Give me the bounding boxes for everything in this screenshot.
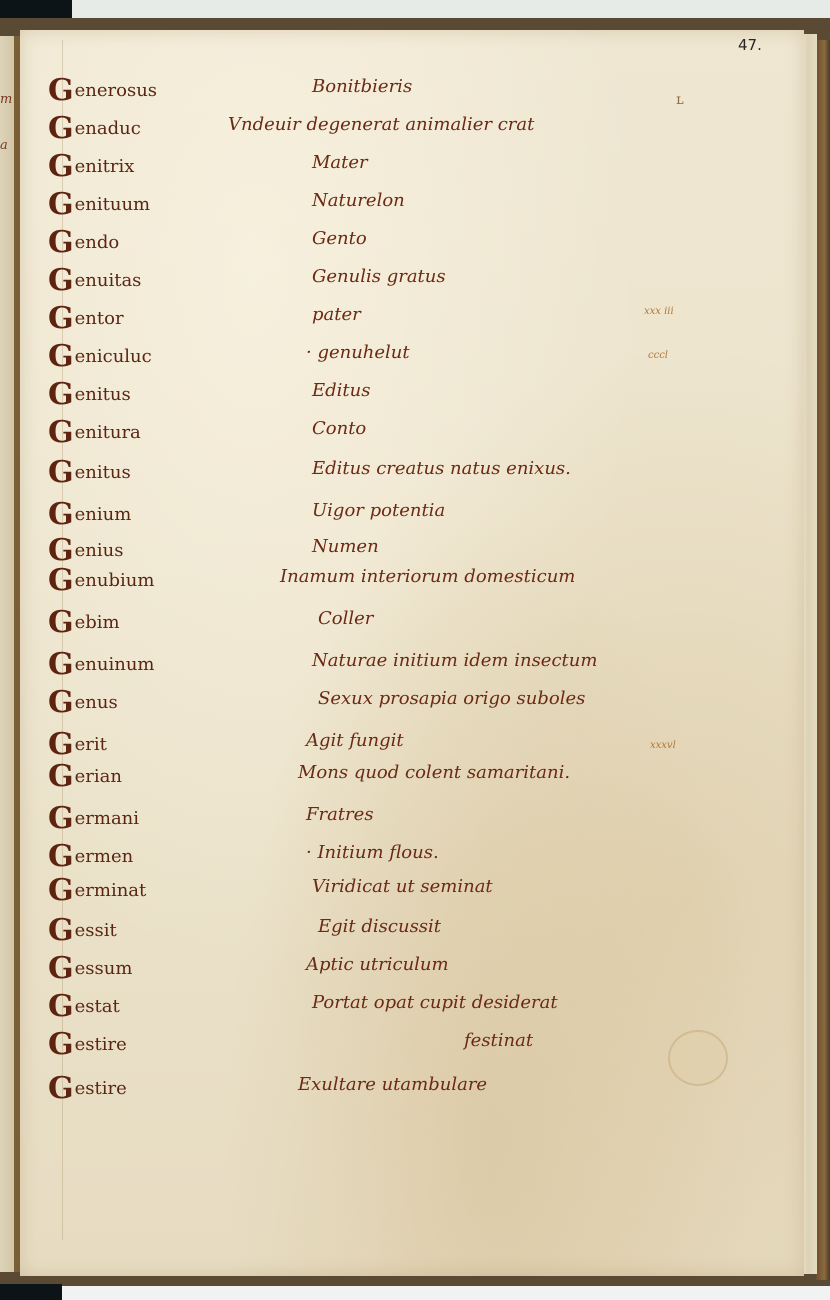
initial-letter: G: [48, 455, 74, 490]
headword-text: enium: [75, 504, 132, 525]
headword-text: enaduc: [75, 118, 141, 139]
glossary-entry: GenitrixMater: [0, 152, 780, 186]
headword: Genaduc: [48, 114, 141, 144]
headword: Geniculuc: [48, 342, 152, 372]
gloss-text: Sexux prosapia origo suboles: [318, 688, 585, 709]
gloss-text: Naturae initium idem insectum: [312, 650, 597, 671]
headword: Genuinum: [48, 650, 154, 680]
glossary-entry: GenusSexux prosapia origo suboles: [0, 688, 780, 722]
initial-letter: G: [48, 301, 74, 336]
headword: Genitura: [48, 418, 141, 448]
scan-background-corner-bottom: [0, 1284, 62, 1300]
headword: Genuitas: [48, 266, 141, 296]
headword-text: erminat: [75, 880, 147, 901]
gloss-text: Vndeuir degenerat animalier crat: [228, 114, 534, 135]
headword: Gerit: [48, 730, 107, 760]
glossary-entry: Gestirefestinat: [0, 1030, 780, 1064]
glossary-entry: GestatPortat opat cupit desiderat: [0, 992, 780, 1026]
glossary-entry: GessumAptic utriculum: [0, 954, 780, 988]
initial-letter: G: [48, 605, 74, 640]
scan-background-bottom: [62, 1286, 830, 1300]
initial-letter: G: [48, 913, 74, 948]
headword-text: enerosus: [75, 80, 157, 101]
glossary-entry: GerianMons quod colent samaritani.: [0, 762, 780, 796]
glossary-entry: GestireExultare utambulare: [0, 1074, 780, 1108]
gloss-text: Mater: [312, 152, 368, 173]
glossary-entry: GenituumNaturelon: [0, 190, 780, 224]
headword: Gestat: [48, 992, 120, 1022]
glossary-entry: GenuitasGenulis gratus: [0, 266, 780, 300]
headword-text: enitus: [75, 462, 131, 483]
gloss-text: Bonitbieris: [312, 76, 412, 97]
headword-text: estire: [75, 1078, 127, 1099]
headword-text: enituum: [75, 194, 151, 215]
initial-letter: G: [48, 111, 74, 146]
headword: Genitrix: [48, 152, 134, 182]
headword: Genius: [48, 536, 123, 566]
gloss-text: Mons quod colent samaritani.: [298, 762, 570, 783]
headword: Genubium: [48, 566, 154, 596]
initial-letter: G: [48, 339, 74, 374]
initial-letter: G: [48, 989, 74, 1024]
headword: Gerian: [48, 762, 122, 792]
gloss-text: Editus: [312, 380, 370, 401]
headword-text: enitrix: [75, 156, 135, 177]
gloss-text: Exultare utambulare: [298, 1074, 487, 1095]
glossary-entry: GebimColler: [0, 608, 780, 642]
initial-letter: G: [48, 377, 74, 412]
headword-text: enius: [75, 540, 124, 561]
headword-text: ebim: [75, 612, 120, 633]
gloss-text: Genulis gratus: [312, 266, 446, 287]
headword-text: endo: [75, 232, 120, 253]
gloss-text: Agit fungit: [306, 730, 404, 751]
initial-letter: G: [48, 497, 74, 532]
headword: Germinat: [48, 876, 146, 906]
gloss-text: pater: [312, 304, 361, 325]
initial-letter: G: [48, 225, 74, 260]
headword-text: erian: [75, 766, 122, 787]
headword-text: estire: [75, 1034, 127, 1055]
glossary-entry: GerminatViridicat ut seminat: [0, 876, 780, 910]
headword-text: enuinum: [75, 654, 155, 675]
glossary-entry: GenituraConto: [0, 418, 780, 452]
headword: Germani: [48, 804, 139, 834]
initial-letter: G: [48, 759, 74, 794]
initial-letter: G: [48, 73, 74, 108]
headword: Genitus: [48, 380, 131, 410]
headword-text: essum: [75, 958, 133, 979]
margin-note: xxx iii: [644, 306, 674, 317]
headword: Gendo: [48, 228, 119, 258]
headword: Genituum: [48, 190, 150, 220]
initial-letter: G: [48, 873, 74, 908]
initial-letter: G: [48, 415, 74, 450]
gloss-text: · genuhelut: [306, 342, 410, 363]
initial-letter: G: [48, 685, 74, 720]
headword: Generosus: [48, 76, 157, 106]
initial-letter: G: [48, 187, 74, 222]
glossary-entry: GessitEgit discussit: [0, 916, 780, 950]
glossary-entry: GenitusEditus: [0, 380, 780, 414]
margin-note: cccl: [648, 350, 668, 361]
glossary-entry: GendoGento: [0, 228, 780, 262]
initial-letter: G: [48, 563, 74, 598]
glossary-entry: GenubiumInamum interiorum domesticum: [0, 566, 780, 600]
headword: Genium: [48, 500, 131, 530]
headword-text: enubium: [75, 570, 155, 591]
gloss-text: Editus creatus natus enixus.: [312, 458, 571, 479]
headword: Gessit: [48, 916, 117, 946]
headword-text: entor: [75, 308, 124, 329]
glossary-entry: GermaniFratres: [0, 804, 780, 838]
headword-text: enus: [75, 692, 118, 713]
margin-note: xxxvl: [650, 740, 676, 751]
glossary-entry: GeniumUigor potentia: [0, 500, 780, 534]
headword-text: estat: [75, 996, 120, 1017]
headword-text: eniculuc: [75, 346, 152, 367]
headword-text: essit: [75, 920, 117, 941]
headword: Gessum: [48, 954, 132, 984]
gloss-text: festinat: [464, 1030, 533, 1051]
headword: Germen: [48, 842, 133, 872]
initial-letter: G: [48, 951, 74, 986]
initial-letter: G: [48, 647, 74, 682]
headword: Gentor: [48, 304, 124, 334]
gloss-text: Uigor potentia: [312, 500, 445, 521]
headword: Gestire: [48, 1074, 127, 1104]
headword: Genus: [48, 688, 118, 718]
headword-text: ermen: [75, 846, 134, 867]
glossary-entry: GenerosusBonitbieris: [0, 76, 780, 110]
headword-text: ermani: [75, 808, 139, 829]
glossary-entry: GenitusEditus creatus natus enixus.: [0, 458, 780, 492]
gloss-text: Numen: [312, 536, 379, 557]
initial-letter: G: [48, 263, 74, 298]
gloss-text: Inamum interiorum domesticum: [280, 566, 575, 587]
initial-letter: G: [48, 727, 74, 762]
gloss-text: Coller: [318, 608, 373, 629]
gloss-text: Conto: [312, 418, 366, 439]
glossary-entry: Germen· Initium flous.: [0, 842, 780, 876]
gloss-text: Aptic utriculum: [306, 954, 449, 975]
headword: Genitus: [48, 458, 131, 488]
folio-number: 47.: [738, 36, 762, 54]
glossary-entry: GenaducVndeuir degenerat animalier crat: [0, 114, 780, 148]
headword-text: enuitas: [75, 270, 142, 291]
headword-text: enitus: [75, 384, 131, 405]
initial-letter: G: [48, 149, 74, 184]
headword-text: enitura: [75, 422, 141, 443]
gloss-text: Portat opat cupit desiderat: [312, 992, 558, 1013]
initial-letter: G: [48, 1071, 74, 1106]
gloss-text: Viridicat ut seminat: [312, 876, 493, 897]
gloss-text: Naturelon: [312, 190, 405, 211]
initial-letter: G: [48, 801, 74, 836]
gloss-text: Gento: [312, 228, 367, 249]
headword: Gestire: [48, 1030, 127, 1060]
headword-text: erit: [75, 734, 107, 755]
glossary-entry: GenuinumNaturae initium idem insectum: [0, 650, 780, 684]
glossary-entry: GeniusNumen: [0, 536, 780, 570]
initial-letter: G: [48, 1027, 74, 1062]
gloss-text: Egit discussit: [318, 916, 441, 937]
binding-spine-right: [816, 40, 830, 1280]
gloss-text: · Initium flous.: [306, 842, 439, 863]
initial-letter: G: [48, 839, 74, 874]
headword: Gebim: [48, 608, 120, 638]
gloss-text: Fratres: [306, 804, 374, 825]
